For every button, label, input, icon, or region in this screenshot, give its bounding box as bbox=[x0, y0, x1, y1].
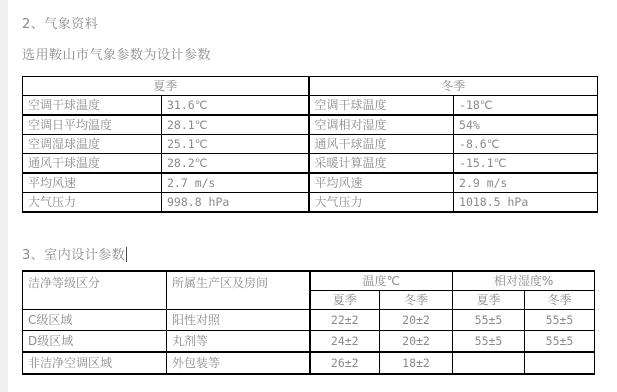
param-value-cell[interactable]: 54% bbox=[454, 115, 598, 135]
area-column-header[interactable]: 所属生产区及房间 bbox=[167, 271, 310, 310]
param-value-cell[interactable]: 28.1℃ bbox=[162, 115, 309, 135]
winter-group-header[interactable]: 冬季 bbox=[309, 77, 598, 96]
table-row: 大气压力 998.8 hPa 大气压力 1018.5 hPa bbox=[23, 193, 598, 213]
text-cursor bbox=[126, 247, 127, 262]
value-cell[interactable]: 26±2 bbox=[310, 352, 380, 374]
value-cell[interactable]: 20±2 bbox=[380, 331, 453, 353]
table-row: 空调日平均温度 28.1℃ 空调相对湿度 54% bbox=[23, 115, 598, 135]
section-3-heading-text: 3、室内设计参数 bbox=[22, 248, 125, 263]
param-label-cell[interactable]: 空调干球温度 bbox=[23, 96, 162, 116]
param-value-cell[interactable]: 998.8 hPa bbox=[162, 193, 309, 213]
param-label-cell[interactable]: 采暖计算温度 bbox=[309, 154, 454, 174]
table-row: 通风干球温度 28.2℃ 采暖计算温度 -15.1℃ bbox=[23, 154, 598, 174]
zone-column-header[interactable]: 洁净等级区分 bbox=[23, 271, 167, 310]
param-value-cell[interactable]: 2.7 m/s bbox=[162, 173, 309, 193]
humidity-group-header[interactable]: 相对湿度% bbox=[453, 271, 595, 291]
value-cell[interactable]: 55±5 bbox=[525, 310, 595, 331]
param-label-cell[interactable]: 通风干球温度 bbox=[23, 154, 162, 174]
param-label-cell[interactable]: 平均风速 bbox=[23, 173, 162, 193]
value-cell[interactable]: 24±2 bbox=[310, 331, 380, 353]
weather-subtitle[interactable]: 选用鞍山市气象参数为设计参数 bbox=[22, 44, 211, 63]
value-cell[interactable]: 55±5 bbox=[453, 310, 525, 331]
param-value-cell[interactable]: 25.1℃ bbox=[162, 135, 309, 154]
zone-cell[interactable]: 非洁净空调区域 bbox=[23, 352, 167, 374]
param-label-cell[interactable]: 空调日平均温度 bbox=[23, 115, 162, 135]
season-subheader[interactable]: 冬季 bbox=[380, 291, 453, 310]
area-cell[interactable]: 阳性对照 bbox=[167, 310, 310, 331]
param-value-cell[interactable]: 31.6℃ bbox=[162, 96, 309, 116]
param-label-cell[interactable]: 通风干球温度 bbox=[309, 135, 454, 154]
page-margin-edge bbox=[0, 0, 8, 392]
season-subheader[interactable]: 夏季 bbox=[310, 291, 380, 310]
table-row: 非洁净空调区域 外包装等 26±2 18±2 bbox=[23, 352, 595, 374]
value-cell[interactable]: 55±5 bbox=[525, 331, 595, 353]
param-label-cell[interactable]: 大气压力 bbox=[309, 193, 454, 213]
param-label-cell[interactable]: 平均风速 bbox=[309, 173, 454, 193]
param-value-cell[interactable]: -8.6℃ bbox=[454, 135, 598, 154]
zone-cell[interactable]: C级区域 bbox=[23, 310, 167, 331]
value-cell[interactable]: 22±2 bbox=[310, 310, 380, 331]
table-row: 平均风速 2.7 m/s 平均风速 2.9 m/s bbox=[23, 173, 598, 193]
table-row: C级区域 阳性对照 22±2 20±2 55±5 55±5 bbox=[23, 310, 595, 331]
param-value-cell[interactable]: 1018.5 hPa bbox=[454, 193, 598, 213]
param-value-cell[interactable]: 28.2℃ bbox=[162, 154, 309, 174]
param-label-cell[interactable]: 空调湿球温度 bbox=[23, 135, 162, 154]
param-label-cell[interactable]: 空调相对湿度 bbox=[309, 115, 454, 135]
area-cell[interactable]: 丸剂等 bbox=[167, 331, 310, 353]
value-cell[interactable]: 20±2 bbox=[380, 310, 453, 331]
value-cell[interactable] bbox=[453, 352, 525, 374]
value-cell[interactable]: 18±2 bbox=[380, 352, 453, 374]
season-subheader[interactable]: 夏季 bbox=[453, 291, 525, 310]
value-cell[interactable]: 55±5 bbox=[453, 331, 525, 353]
summer-group-header[interactable]: 夏季 bbox=[23, 77, 309, 96]
section-3-heading[interactable]: 3、室内设计参数 bbox=[22, 244, 127, 263]
param-value-cell[interactable]: 2.9 m/s bbox=[454, 173, 598, 193]
table-row: D级区域 丸剂等 24±2 20±2 55±5 55±5 bbox=[23, 331, 595, 353]
temperature-group-header[interactable]: 温度℃ bbox=[310, 271, 453, 291]
table-row: 空调干球温度 31.6℃ 空调干球温度 -18℃ bbox=[23, 96, 598, 116]
weather-subtitle-text: 选用鞍山市气象参数为设计参数 bbox=[22, 48, 211, 63]
zone-cell[interactable]: D级区域 bbox=[23, 331, 167, 353]
param-label-cell[interactable]: 空调干球温度 bbox=[309, 96, 454, 116]
weather-parameters-table: 夏季 冬季 空调干球温度 31.6℃ 空调干球温度 -18℃ 空调日平均温度 2… bbox=[22, 76, 598, 213]
param-value-cell[interactable]: -18℃ bbox=[454, 96, 598, 116]
value-cell[interactable] bbox=[525, 352, 595, 374]
area-cell[interactable]: 外包装等 bbox=[167, 352, 310, 374]
param-value-cell[interactable]: -15.1℃ bbox=[454, 154, 598, 174]
section-2-heading-text: 2、气象资料 bbox=[22, 17, 98, 32]
table-row: 夏季 冬季 bbox=[23, 77, 598, 96]
indoor-design-parameters-table: 洁净等级区分 所属生产区及房间 温度℃ 相对湿度% 夏季 冬季 夏季 冬季 C级… bbox=[22, 270, 595, 375]
table-row: 空调湿球温度 25.1℃ 通风干球温度 -8.6℃ bbox=[23, 135, 598, 154]
season-subheader[interactable]: 冬季 bbox=[525, 291, 595, 310]
table-row: 洁净等级区分 所属生产区及房间 温度℃ 相对湿度% bbox=[23, 271, 595, 291]
section-2-heading[interactable]: 2、气象资料 bbox=[22, 13, 98, 32]
param-label-cell[interactable]: 大气压力 bbox=[23, 193, 162, 213]
